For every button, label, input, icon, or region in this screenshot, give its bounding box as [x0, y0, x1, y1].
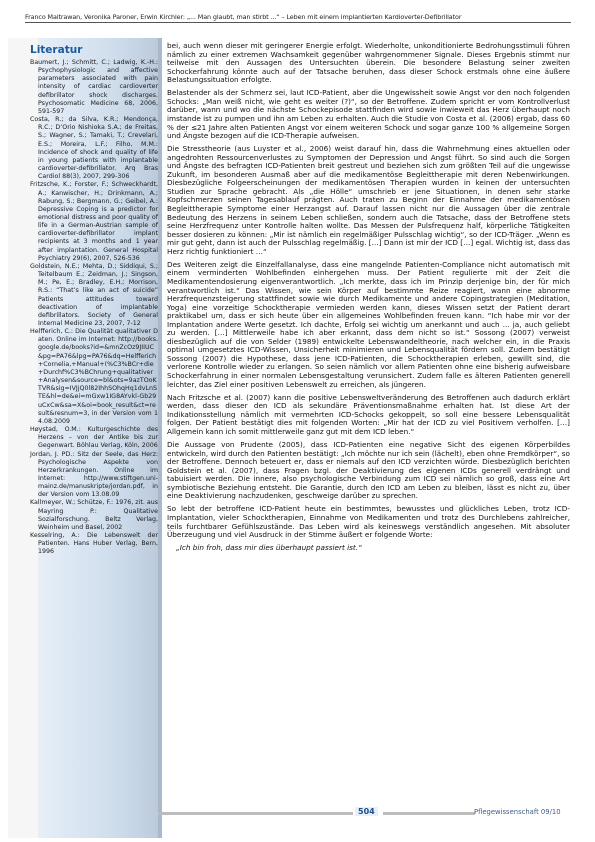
- running-head: Franco Maitrawan, Veronika Paroner, Erwi…: [25, 13, 571, 23]
- reference-item: Goldstein, N.E.; Mehta, D.; Siddiqui, S.…: [30, 263, 158, 328]
- reference-item: Kallmeyer, W.; Schütze, F.: 1976, zit. a…: [30, 499, 158, 532]
- body-text: bei, auch wenn dieser mit geringerer Ene…: [167, 42, 570, 557]
- reference-item: Høystad, O.M.: Kulturgeschichte des Herz…: [30, 426, 158, 450]
- journal-name: Pflegewissenschaft 09/10: [474, 808, 561, 816]
- references-title: Literatur: [30, 44, 82, 56]
- paragraph: Des Weiteren zeigt die Einzelfallanalyse…: [167, 261, 570, 389]
- sidebar-edge: [158, 38, 162, 838]
- paragraph: So lebt der betroffene ICD-Patient heute…: [167, 505, 570, 539]
- reference-item: Fritzsche, K.; Forster, F.; Schweckhardt…: [30, 181, 158, 263]
- reference-item: Kesselring, A.: Die Lebenswelt der Patie…: [30, 532, 158, 556]
- paragraph: Belastender als der Schmerz sei, laut IC…: [167, 89, 570, 140]
- footer-rule: [383, 812, 475, 815]
- references-list: Baumert, J.; Schmitt, C.; Ladwig, K.-H.:…: [30, 59, 158, 557]
- closing-quote: „Ich bin froh, dass mir dies überhaupt p…: [167, 544, 570, 553]
- reference-item: Helfferich, C.: Die Qualität qualitative…: [30, 328, 158, 426]
- paragraph: Die Stresstheorie (aus Luyster et al., 2…: [167, 145, 570, 256]
- paragraph: bei, auch wenn dieser mit geringerer Ene…: [167, 42, 570, 85]
- references-sidebar: Literatur Baumert, J.; Schmitt, C.; Ladw…: [8, 38, 158, 838]
- reference-item: Baumert, J.; Schmitt, C.; Ladwig, K.-H.:…: [30, 59, 158, 116]
- reference-item: Jordan, J. PD.: Sitz der Seele, das Herz…: [30, 451, 158, 500]
- page-number: 504: [355, 807, 378, 816]
- paragraph: Nach Fritzsche et al. (2007) kann die po…: [167, 394, 570, 437]
- paragraph: Die Aussage von Prudente (2005), dass IC…: [167, 441, 570, 501]
- footer-rule: [158, 812, 353, 815]
- reference-item: Costa, R.; da Silva, K.R.; Mendonça, R.C…: [30, 116, 158, 181]
